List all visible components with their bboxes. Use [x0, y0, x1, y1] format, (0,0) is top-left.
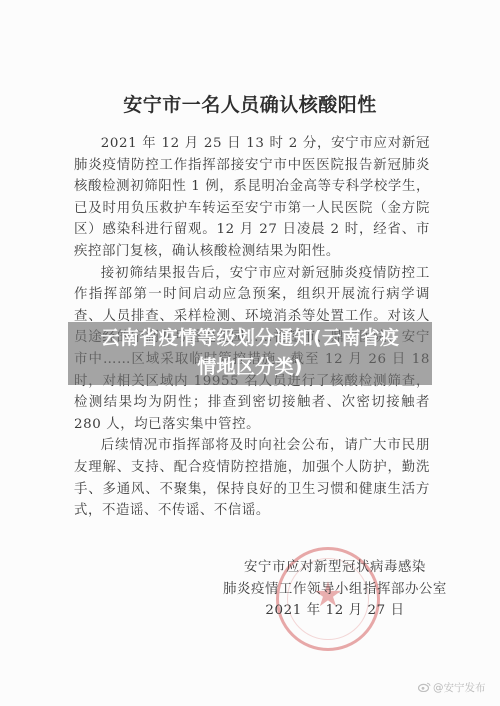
overlay-headline-line2: 情地区分类) — [197, 356, 302, 378]
paragraph-3: 后续情况市指挥部将及时向社会公布，请广大市民朋友理解、支持、配合疫情防控措施，加… — [74, 435, 430, 521]
watermark-text: @安宁发布 — [433, 682, 486, 694]
document-title: 安宁市一名人员确认核酸阳性 — [0, 90, 500, 117]
signature-org-line2: 肺炎疫情工作领导小组指挥部办公室 — [215, 579, 455, 601]
signature-block: 安宁市应对新型冠状病毒感染 肺炎疫情工作领导小组指挥部办公室 2021 年 12… — [215, 557, 455, 622]
source-watermark: @安宁发布 — [418, 680, 486, 695]
document-page: 安宁市一名人员确认核酸阳性 2021 年 12 月 25 日 13 时 2 分，… — [0, 0, 500, 706]
overlay-headline: 云南省疫情等级划分通知(云南省疫 情地区分类) — [68, 324, 432, 382]
signature-org-line1: 安宁市应对新型冠状病毒感染 — [215, 557, 455, 579]
paragraph-1: 2021 年 12 月 25 日 13 时 2 分，安宁市应对新冠肺炎疫情防控工… — [74, 133, 430, 263]
weibo-icon — [418, 682, 431, 692]
overlay-headline-line1: 云南省疫情等级划分通知(云南省疫 — [101, 327, 399, 349]
signature-date: 2021 年 12 月 27 日 — [215, 600, 455, 622]
headline-overlay: 云南省疫情等级划分通知(云南省疫 情地区分类) — [68, 322, 432, 385]
